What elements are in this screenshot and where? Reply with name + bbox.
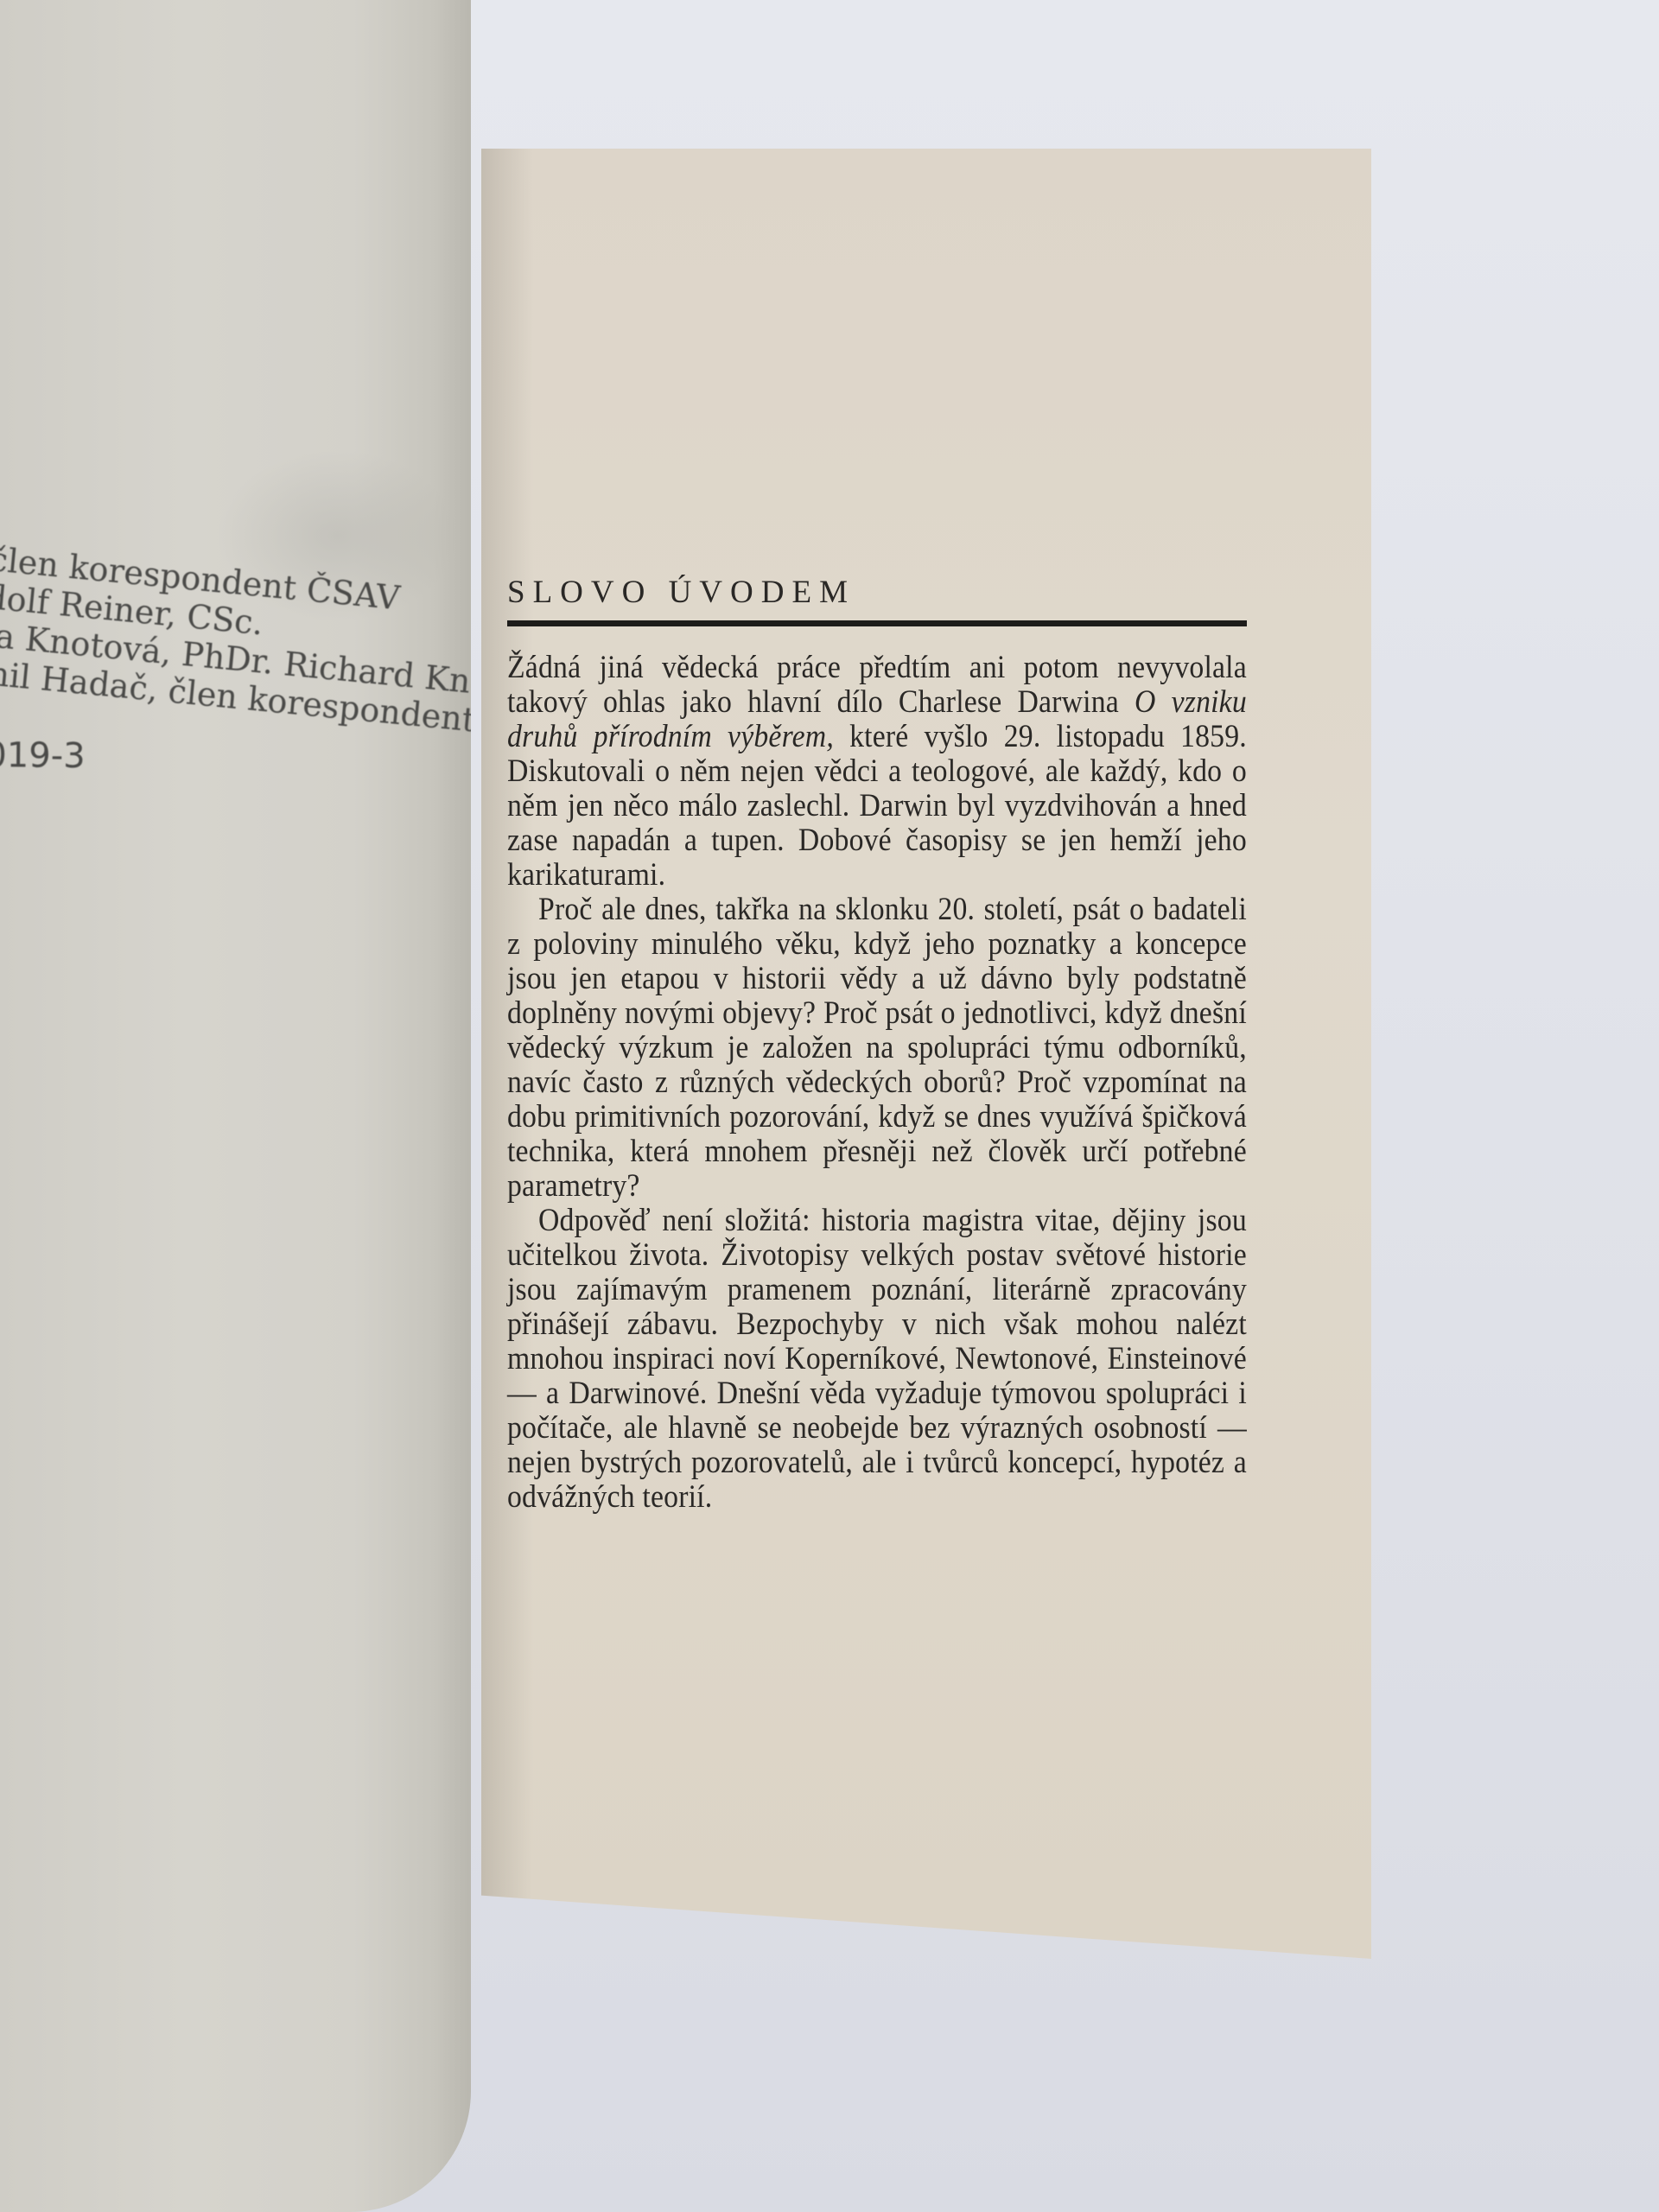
chapter-heading: SLOVO ÚVODEM bbox=[507, 574, 1247, 612]
heading-rule bbox=[507, 620, 1247, 626]
paragraph: Proč ale dnes, takřka na sklonku 20. sto… bbox=[507, 893, 1247, 1204]
body-text: Žádná jiná vědecká práce předtím ani pot… bbox=[507, 651, 1247, 1515]
left-page: člen korespondent ČSAV dolf Reiner, CSc.… bbox=[0, 0, 471, 2212]
right-page: SLOVO ÚVODEM Žádná jiná vědecká práce př… bbox=[481, 149, 1371, 1959]
page-number: 5 bbox=[507, 1911, 524, 1952]
paragraph: Žádná jiná vědecká práce předtím ani pot… bbox=[507, 651, 1247, 893]
imprint-block: člen korespondent ČSAV dolf Reiner, CSc.… bbox=[0, 540, 471, 820]
paragraph: Odpověď není složitá: historia magistra … bbox=[507, 1204, 1247, 1515]
isbn-fragment: -019-3 bbox=[0, 736, 456, 779]
page-content: SLOVO ÚVODEM Žádná jiná vědecká práce př… bbox=[507, 574, 1247, 1515]
